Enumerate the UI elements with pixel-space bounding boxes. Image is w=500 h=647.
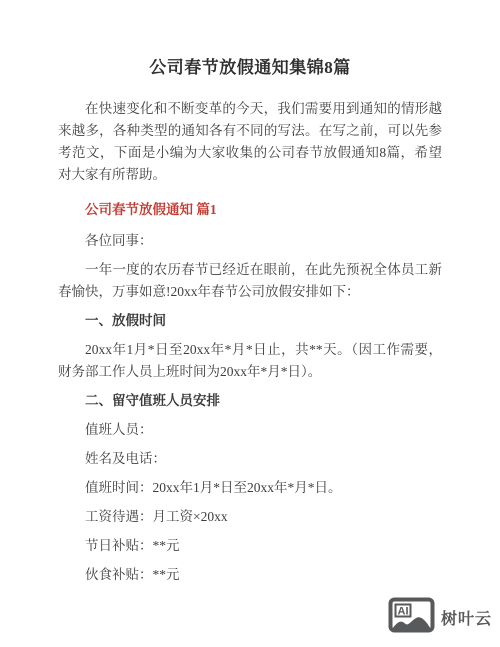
intro-paragraph: 在快速变化和不断变革的今天，我们需要用到通知的情形越来越多，各种类型的通知各有不… — [58, 98, 442, 186]
paragraph-festival-allowance: 节日补贴：**元 — [58, 535, 442, 557]
document-title: 公司春节放假通知集锦8篇 — [58, 56, 442, 80]
paragraph-heading-duty-staff: 二、留守值班人员安排 — [58, 390, 442, 412]
paragraph-name-phone: 姓名及电话： — [58, 448, 442, 470]
paragraph-meal-allowance: 伙食补贴：**元 — [58, 564, 442, 586]
watermark-ai-label: AI — [397, 606, 408, 618]
section-heading-part1: 公司春节放假通知 篇1 — [58, 199, 442, 221]
paragraph-opening: 一年一度的农历春节已经近在眼前，在此先预祝全体员工新春愉快，万事如意!20xx年… — [58, 259, 442, 303]
ai-photo-icon: AI — [388, 597, 435, 638]
watermark: AI 树叶云 — [388, 597, 492, 638]
document-content: 公司春节放假通知集锦8篇 在快速变化和不断变革的今天，我们需要用到通知的情形越来… — [0, 0, 500, 586]
paragraph-heading-holiday-time: 一、放假时间 — [58, 310, 442, 332]
paragraph-salutation: 各位同事： — [58, 230, 442, 252]
paragraph-holiday-dates: 20xx年1月*日至20xx年*月*日止，共**天。（因工作需要，财务部工作人员… — [58, 339, 442, 383]
paragraph-salary: 工资待遇：月工资×20xx — [58, 506, 442, 528]
document-page: 公司春节放假通知集锦8篇 在快速变化和不断变革的今天，我们需要用到通知的情形越来… — [0, 0, 500, 647]
paragraph-duty-time: 值班时间：20xx年1月*日至20xx年*月*日。 — [58, 477, 442, 499]
paragraph-duty-staff: 值班人员： — [58, 419, 442, 441]
watermark-brand-text: 树叶云 — [441, 606, 492, 629]
